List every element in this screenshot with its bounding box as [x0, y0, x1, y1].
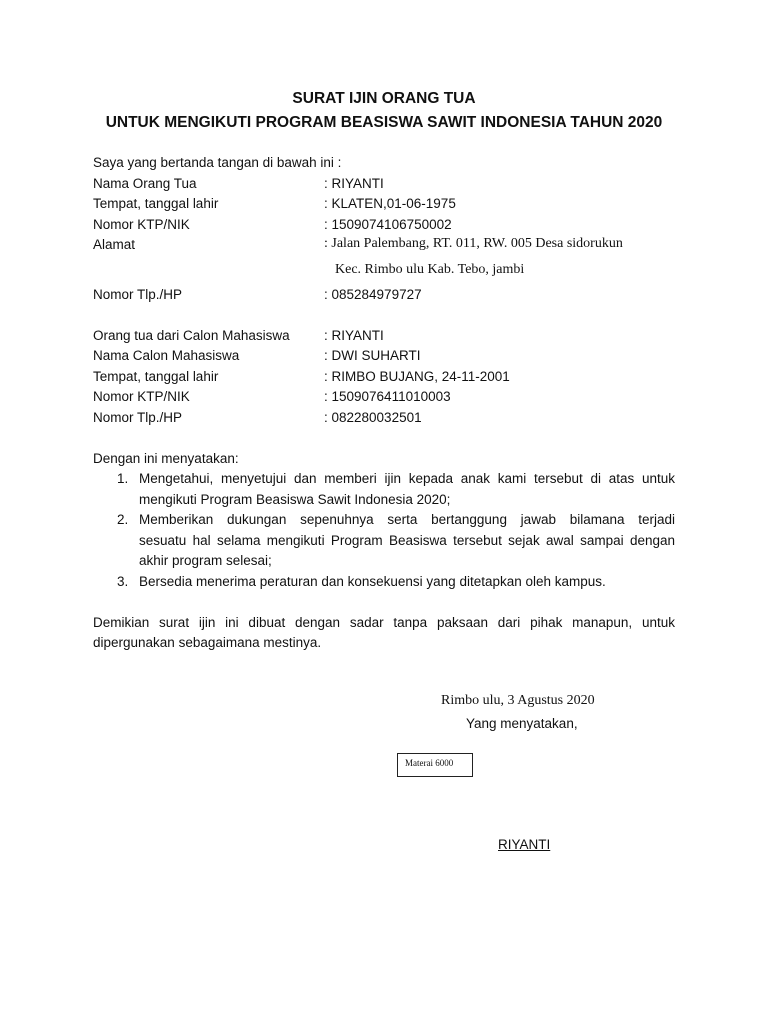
closing-line-1: Demikian surat ijin ini dibuat dengan sa…: [93, 615, 675, 630]
student-parent-of-label: Orang tua dari Calon Mahasiswa: [93, 328, 290, 343]
student-parent-of-value: : RIYANTI: [324, 328, 384, 343]
declaration-intro: Dengan ini menyatakan:: [93, 451, 239, 466]
parent-nik-label: Nomor KTP/NIK: [93, 217, 190, 232]
student-birth-value: : RIMBO BUJANG, 24-11-2001: [324, 369, 510, 384]
closing-line-2: dipergunakan sebagaimana mestinya.: [93, 635, 321, 650]
student-nik-label: Nomor KTP/NIK: [93, 389, 190, 404]
parent-address-label: Alamat: [93, 237, 135, 252]
point-text: Memberikan dukungan sepenuhnya serta ber…: [139, 512, 675, 527]
point-number: 1.: [117, 471, 128, 486]
student-birth-label: Tempat, tanggal lahir: [93, 369, 218, 384]
intro-text: Saya yang bertanda tangan di bawah ini :: [93, 155, 341, 170]
parent-nik-value: : 1509074106750002: [324, 217, 452, 232]
stamp-box: Materai 6000: [397, 753, 473, 777]
student-name-value: : DWI SUHARTI: [324, 348, 421, 363]
student-name-label: Nama Calon Mahasiswa: [93, 348, 239, 363]
point-text: Mengetahui, menyetujui dan memberi ijin …: [139, 471, 675, 486]
parent-address-value-2: Kec. Rimbo ulu Kab. Tebo, jambi: [335, 262, 524, 278]
point-number: 3.: [117, 574, 128, 589]
signatory-name: RIYANTI: [498, 837, 550, 852]
point-number: 2.: [117, 512, 128, 527]
parent-phone-label: Nomor Tlp./HP: [93, 287, 182, 302]
parent-birth-value: : KLATEN,01-06-1975: [324, 196, 456, 211]
student-phone-label: Nomor Tlp./HP: [93, 410, 182, 425]
place-date: Rimbo ulu, 3 Agustus 2020: [441, 693, 595, 709]
point-text: Bersedia menerima peraturan dan konsekue…: [139, 574, 606, 589]
parent-name-value: : RIYANTI: [324, 176, 384, 191]
student-nik-value: : 1509076411010003: [324, 389, 451, 404]
title-line-1: SURAT IJIN ORANG TUA: [0, 90, 768, 108]
student-phone-value: : 082280032501: [324, 410, 422, 425]
parent-birth-label: Tempat, tanggal lahir: [93, 196, 218, 211]
point-text: sesuatu hal selama mengikuti Program Bea…: [139, 533, 675, 548]
parent-phone-value: : 085284979727: [324, 287, 422, 302]
title-line-2: UNTUK MENGIKUTI PROGRAM BEASISWA SAWIT I…: [0, 114, 768, 132]
stamp-label: Materai 6000: [405, 758, 453, 768]
parent-name-label: Nama Orang Tua: [93, 176, 197, 191]
point-text: mengikuti Program Beasiswa Sawit Indones…: [139, 492, 450, 507]
declarer-label: Yang menyatakan,: [466, 716, 578, 731]
point-text: akhir program selesai;: [139, 553, 272, 568]
parent-address-value-1: : Jalan Palembang, RT. 011, RW. 005 Desa…: [324, 236, 623, 252]
